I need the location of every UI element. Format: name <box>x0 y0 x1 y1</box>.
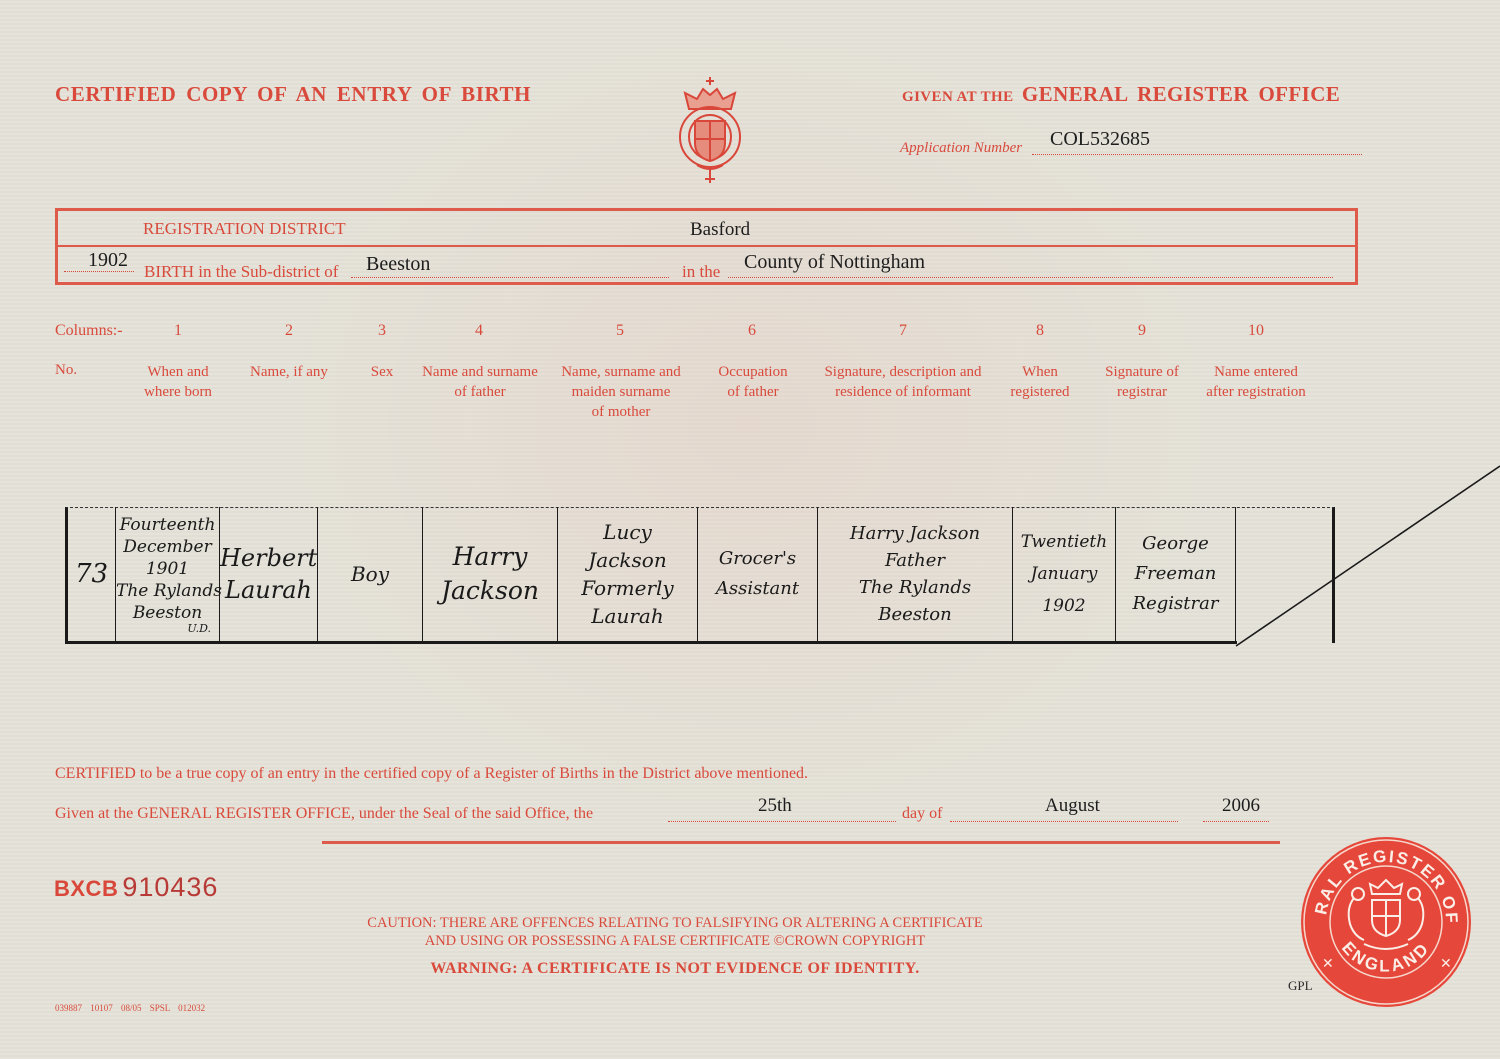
header-line: When and <box>118 362 238 382</box>
column-header-no: No. <box>55 362 77 379</box>
cell-text: Laurah <box>220 574 317 606</box>
column-header-name-after-registration: Name entered after registration <box>1195 362 1317 402</box>
serial-number: 910436 <box>122 872 218 902</box>
office-name: GENERAL REGISTER OFFICE <box>1022 82 1340 106</box>
entry-name: Herbert Laurah <box>219 507 317 641</box>
day-of-label: day of <box>902 805 942 823</box>
certificate-title: CERTIFIED COPY OF AN ENTRY OF BIRTH <box>55 82 531 107</box>
header-line: residence of informant <box>808 382 998 402</box>
certification-month: August <box>1045 795 1100 817</box>
certification-day: 25th <box>758 795 792 817</box>
entry-bottom-rule <box>65 641 1237 644</box>
cell-text: Herbert <box>220 542 317 574</box>
sub-district-value: Beeston <box>366 253 430 276</box>
cell-text: January <box>1013 558 1115 590</box>
sub-district-label: BIRTH in the Sub-district of <box>144 262 338 282</box>
column-header-name: Name, if any <box>234 362 344 382</box>
application-number-field: Application Number COL532685 <box>900 128 1362 156</box>
serial-prefix: BXCB <box>54 876 118 901</box>
header-line: of father <box>702 382 804 402</box>
entry-mother: Lucy Jackson Formerly Laurah <box>557 507 697 641</box>
entry-when-where-born: Fourteenth December 1901 The Rylands Bee… <box>115 507 219 641</box>
royal-crest-icon <box>675 75 745 187</box>
entry-occupation: Grocer's Assistant <box>697 507 817 641</box>
dotted-line <box>1032 154 1362 155</box>
svg-text:✕: ✕ <box>1440 955 1452 971</box>
header-line: Signature of <box>1092 362 1192 382</box>
cell-text: Jackson <box>558 546 697 574</box>
header-line: Signature, description and <box>808 362 998 382</box>
registration-year: 1902 <box>88 249 128 272</box>
office-heading: GIVEN AT THE GENERAL REGISTER OFFICE <box>902 82 1340 107</box>
registration-district-label: REGISTRATION DISTRICT <box>143 219 346 239</box>
column-number-2: 2 <box>259 322 319 340</box>
cell-text: Father <box>818 547 1012 574</box>
entry-when-registered: Twentieth January 1902 <box>1012 507 1115 641</box>
cell-text: Beeston <box>116 602 219 624</box>
header-line: of father <box>410 382 550 402</box>
dotted-line <box>668 821 896 822</box>
cell-text: Fourteenth <box>116 514 219 536</box>
general-register-office-seal-icon: GENERAL REGISTER OFFICE ENGLAND ✕ ✕ <box>1300 836 1472 1008</box>
cell-text: Formerly <box>558 574 697 602</box>
entry-registrar: George Freeman Registrar <box>1115 507 1235 641</box>
entry-informant: Harry Jackson Father The Rylands Beeston <box>817 507 1012 641</box>
column-number-1: 1 <box>148 322 208 340</box>
column-header-when-registered: When registered <box>995 362 1085 402</box>
in-the-label: in the <box>682 262 720 282</box>
divider <box>58 245 1355 247</box>
cell-text: The Rylands <box>818 574 1012 601</box>
column-header-mother: Name, surname and maiden surname of moth… <box>550 362 692 422</box>
cancellation-strike-line <box>1230 460 1500 648</box>
cell-text: Boy <box>318 562 422 587</box>
header-line: Occupation <box>702 362 804 382</box>
dotted-line <box>351 277 669 278</box>
header-line: maiden surname <box>550 382 692 402</box>
cell-text: Freeman <box>1116 559 1235 589</box>
cell-text: Registrar <box>1116 589 1235 619</box>
cell-text: 1901 <box>116 558 219 580</box>
column-number-7: 7 <box>873 322 933 340</box>
column-header-when-where-born: When and where born <box>118 362 238 402</box>
header-line: When <box>995 362 1085 382</box>
cell-text: Assistant <box>698 574 817 604</box>
cell-text: George <box>1116 529 1235 559</box>
column-header-father: Name and surname of father <box>410 362 550 402</box>
svg-text:✕: ✕ <box>1322 955 1334 971</box>
dotted-line <box>1203 821 1269 822</box>
cell-text: Laurah <box>558 602 697 630</box>
column-number-4: 4 <box>449 322 509 340</box>
application-number-value: COL532685 <box>1050 128 1150 151</box>
divider <box>322 841 1280 844</box>
register-entry-row: 73 Fourteenth December 1901 The Rylands … <box>65 507 1335 644</box>
entry-father: Harry Jackson <box>422 507 557 641</box>
cell-text: December <box>116 536 219 558</box>
certified-statement: CERTIFIED to be a true copy of an entry … <box>55 765 808 783</box>
column-number-3: 3 <box>352 322 412 340</box>
header-line: Name entered <box>1195 362 1317 382</box>
header-line: after registration <box>1195 382 1317 402</box>
certificate-serial-number: BXCB910436 <box>54 872 218 903</box>
columns-prefix: Columns:- <box>55 322 123 340</box>
registration-district-value: Basford <box>690 219 750 241</box>
column-number-6: 6 <box>722 322 782 340</box>
given-at-statement: Given at the GENERAL REGISTER OFFICE, un… <box>55 805 593 823</box>
column-number-10: 10 <box>1226 322 1286 340</box>
print-codes: 039887 10107 08/05 SPSL 012032 <box>55 1003 205 1013</box>
certification-year: 2006 <box>1222 795 1260 817</box>
cell-text: Harry Jackson <box>818 520 1012 547</box>
header-line: Name, surname and <box>550 362 692 382</box>
header-line: Name, if any <box>234 362 344 382</box>
cell-text: Harry <box>423 540 557 574</box>
cell-text: The Rylands <box>116 580 219 602</box>
county-value: County of Nottingham <box>744 251 925 274</box>
cell-text: Jackson <box>423 574 557 608</box>
application-number-label: Application Number <box>900 140 1022 157</box>
header-line: where born <box>118 382 238 402</box>
warning-notice: WARNING: A CERTIFICATE IS NOT EVIDENCE O… <box>300 960 1050 978</box>
dotted-line <box>950 821 1178 822</box>
column-header-sex: Sex <box>357 362 407 382</box>
column-number-5: 5 <box>590 322 650 340</box>
column-header-registrar: Signature of registrar <box>1092 362 1192 402</box>
column-number-8: 8 <box>1010 322 1070 340</box>
caution-notice: CAUTION: THERE ARE OFFENCES RELATING TO … <box>300 914 1050 950</box>
cell-text: 73 <box>68 562 115 587</box>
header-line: Sex <box>357 362 407 382</box>
caution-line: AND USING OR POSSESSING A FALSE CERTIFIC… <box>300 932 1050 950</box>
caution-line: CAUTION: THERE ARE OFFENCES RELATING TO … <box>300 914 1050 932</box>
header-line: Name and surname <box>410 362 550 382</box>
header-line: registered <box>995 382 1085 402</box>
registration-district-box: REGISTRATION DISTRICT Basford 1902 BIRTH… <box>55 208 1358 285</box>
entry-sex: Boy <box>317 507 422 641</box>
header-line: registrar <box>1092 382 1192 402</box>
cell-text: Lucy <box>558 518 697 546</box>
cell-text: Beeston <box>818 601 1012 628</box>
cell-text: 1902 <box>1013 590 1115 622</box>
header-line: of mother <box>550 402 692 422</box>
column-header-informant: Signature, description and residence of … <box>808 362 998 402</box>
column-number-9: 9 <box>1112 322 1172 340</box>
cell-text: U.D. <box>116 624 219 634</box>
given-at-prefix: GIVEN AT THE <box>902 89 1014 105</box>
cell-text: Grocer's <box>698 544 817 574</box>
entry-no: 73 <box>68 507 115 641</box>
column-header-occupation: Occupation of father <box>702 362 804 402</box>
dotted-line <box>728 277 1333 278</box>
cell-text: Twentieth <box>1013 526 1115 558</box>
